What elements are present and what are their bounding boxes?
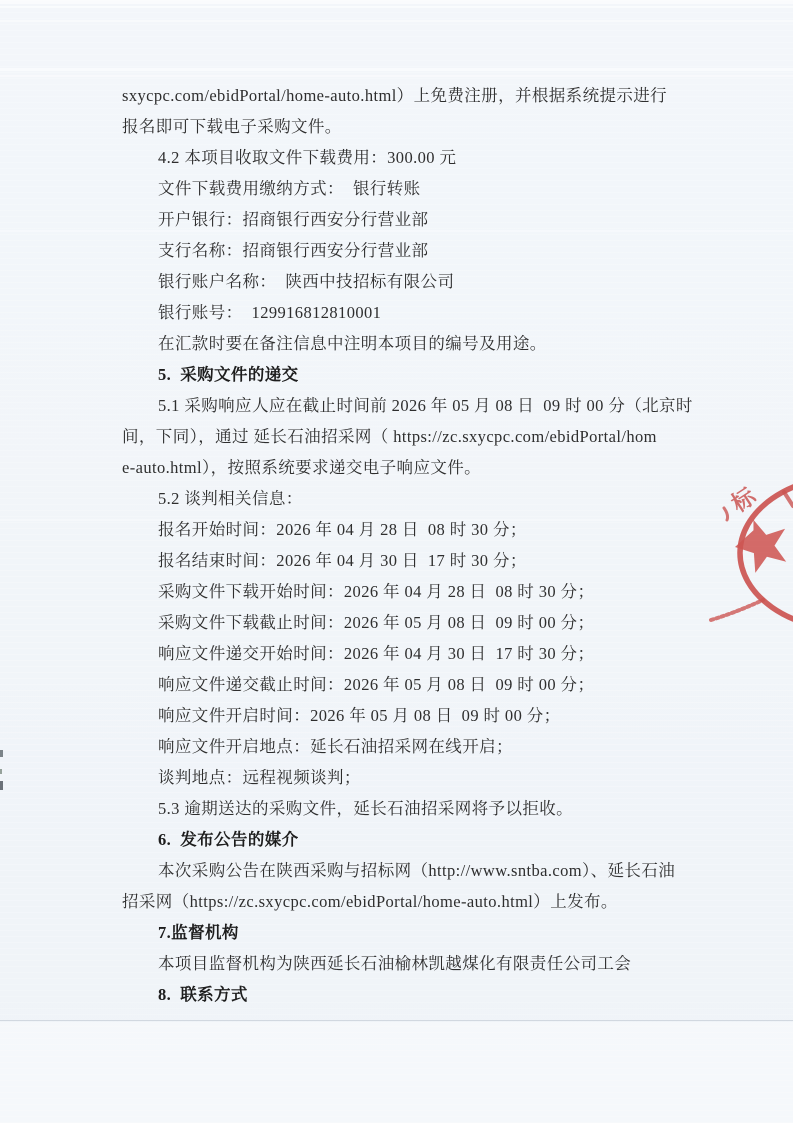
section-heading: 5. 采购文件的递交 xyxy=(122,359,707,390)
text-line: 5.3 逾期送达的采购文件，延长石油招采网将予以拒收。 xyxy=(122,793,707,824)
scan-streak xyxy=(0,1020,793,1021)
section-heading: 8. 联系方式 xyxy=(122,979,707,1010)
scan-streak xyxy=(0,6,793,8)
text-line: 招采网（https://zc.sxycpc.com/ebidPortal/hom… xyxy=(122,886,707,917)
document-page: sxycpc.com/ebidPortal/home-auto.html）上免费… xyxy=(0,0,793,1123)
document-body: sxycpc.com/ebidPortal/home-auto.html）上免费… xyxy=(122,80,707,1010)
scan-speck xyxy=(0,781,3,790)
section-heading: 7.监督机构 xyxy=(122,917,707,948)
text-line: 开户银行：招商银行西安分行营业部 xyxy=(122,204,707,235)
text-line: 间，下同），通过 延长石油招采网（ https://zc.sxycpc.com/… xyxy=(122,421,707,452)
red-seal-stamp: 标 xyxy=(698,450,793,660)
text-line: 采购文件下载截止时间：2026 年 05 月 08 日 09 时 00 分； xyxy=(122,607,707,638)
section-heading: 6. 发布公告的媒介 xyxy=(122,824,707,855)
text-line: 报名即可下载电子采购文件。 xyxy=(122,111,707,142)
text-line: 采购文件下载开始时间：2026 年 04 月 28 日 08 时 30 分； xyxy=(122,576,707,607)
text-line: 银行账号： 129916812810001 xyxy=(122,297,707,328)
scan-streak xyxy=(0,20,793,22)
text-line: 5.1 采购响应人应在截止时间前 2026 年 05 月 08 日 09 时 0… xyxy=(122,390,707,421)
text-line: 5.2 谈判相关信息： xyxy=(122,483,707,514)
text-line: 本项目监督机构为陕西延长石油榆林凯越煤化有限责任公司工会 xyxy=(122,948,707,979)
text-line: 文件下载费用缴纳方式： 银行转账 xyxy=(122,173,707,204)
text-line: 响应文件开启地点：延长石油招采网在线开启； xyxy=(122,731,707,762)
text-line: 响应文件递交截止时间：2026 年 05 月 08 日 09 时 00 分； xyxy=(122,669,707,700)
text-line: sxycpc.com/ebidPortal/home-auto.html）上免费… xyxy=(122,80,707,111)
text-line: 银行账户名称： 陕西中技招标有限公司 xyxy=(122,266,707,297)
scan-speck xyxy=(0,750,3,757)
scan-streak xyxy=(0,75,793,77)
scan-speck xyxy=(0,769,2,774)
scan-streak xyxy=(0,1022,793,1123)
text-line: 报名结束时间：2026 年 04 月 30 日 17 时 30 分； xyxy=(122,545,707,576)
text-line: 谈判地点：远程视频谈判； xyxy=(122,762,707,793)
scan-streak xyxy=(0,0,793,4)
text-line: 报名开始时间：2026 年 04 月 28 日 08 时 30 分； xyxy=(122,514,707,545)
text-line: 响应文件开启时间：2026 年 05 月 08 日 09 时 00 分； xyxy=(122,700,707,731)
text-line: 响应文件递交开始时间：2026 年 04 月 30 日 17 时 30 分； xyxy=(122,638,707,669)
scan-streak xyxy=(0,68,793,71)
text-line: 支行名称：招商银行西安分行营业部 xyxy=(122,235,707,266)
text-line: e-auto.html），按照系统要求递交电子响应文件。 xyxy=(122,452,707,483)
stamp-partial-glyph xyxy=(784,492,793,506)
stamp-partial-glyph xyxy=(724,508,728,520)
text-line: 4.2 本项目收取文件下载费用：300.00 元 xyxy=(122,142,707,173)
text-line: 本次采购公告在陕西采购与招标网（http://www.sntba.com）、延长… xyxy=(122,855,707,886)
stamp-serial-marks xyxy=(711,600,763,620)
text-line: 在汇款时要在备注信息中注明本项目的编号及用途。 xyxy=(122,328,707,359)
